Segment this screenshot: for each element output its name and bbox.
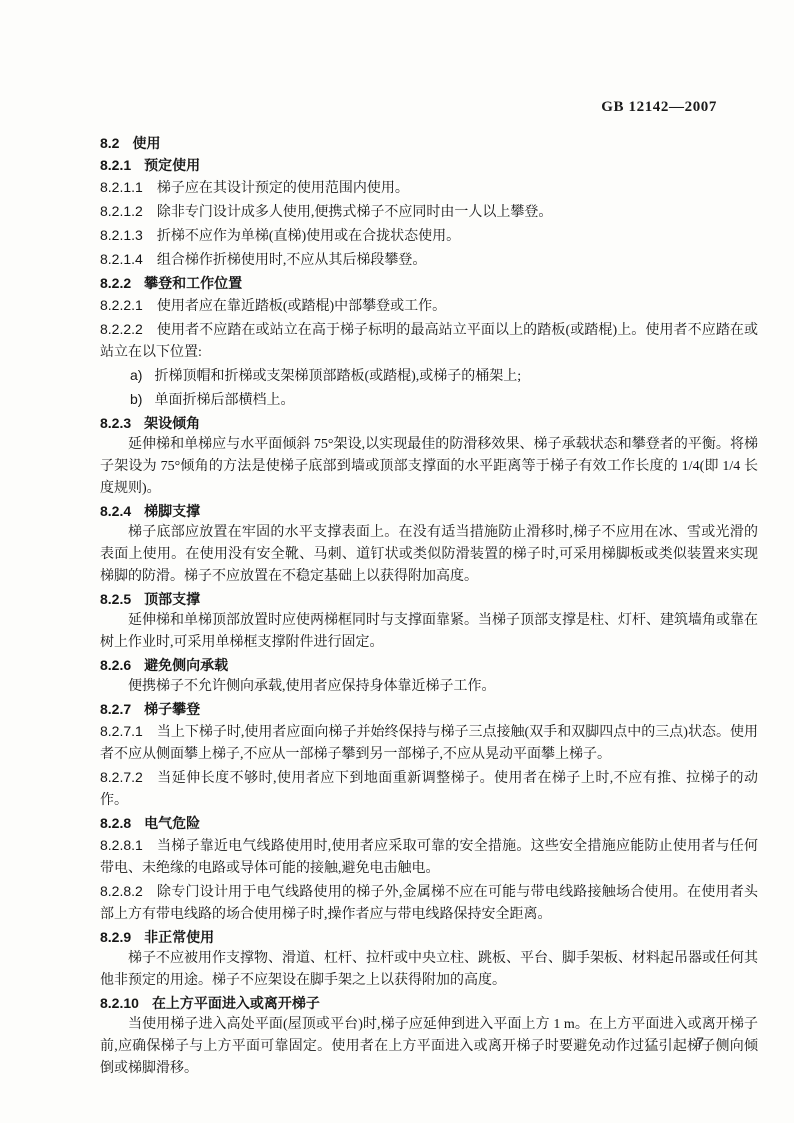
heading-8-2-2: 8.2.2攀登和工作位置 bbox=[100, 272, 758, 294]
heading-number: 8.2.5 bbox=[100, 591, 131, 607]
heading-number: 8.2.8 bbox=[100, 815, 131, 831]
heading-title: 预定使用 bbox=[144, 157, 200, 173]
heading-title: 电气危险 bbox=[144, 815, 200, 831]
paragraph-8-2-5: 延伸梯和单梯顶部放置时应使两梯框同时与支撑面靠紧。当梯子顶部支撑是柱、灯杆、建筑… bbox=[100, 610, 758, 654]
clause-text: 折梯不应作为单梯(直梯)使用或在合拢状态使用。 bbox=[157, 229, 460, 244]
paragraph-8-2-4: 梯子底部应放置在牢固的水平支撑表面上。在没有适当措施防止滑移时,梯子不应用在冰、… bbox=[100, 522, 758, 588]
clause-8-2-1-1: 8.2.1.1梯子应在其设计预定的使用范围内使用。 bbox=[100, 176, 758, 200]
heading-number: 8.2 bbox=[100, 135, 119, 151]
clause-8-2-1-4: 8.2.1.4组合梯作折梯使用时,不应从其后梯段攀登。 bbox=[100, 248, 758, 272]
paragraph-8-2-9: 梯子不应被用作支撑物、滑道、杠杆、拉杆或中央立柱、跳板、平台、脚手架板、材料起吊… bbox=[100, 948, 758, 992]
heading-8-2-3: 8.2.3架设倾角 bbox=[100, 412, 758, 434]
heading-number: 8.2.2 bbox=[100, 275, 131, 291]
clause-text: 组合梯作折梯使用时,不应从其后梯段攀登。 bbox=[157, 253, 427, 268]
clause-text: 除非专门设计成多人使用,便携式梯子不应同时由一人以上攀登。 bbox=[157, 205, 553, 220]
heading-title: 避免侧向承载 bbox=[144, 657, 228, 673]
heading-8-2-8: 8.2.8电气危险 bbox=[100, 812, 758, 834]
paragraph-8-2-3: 延伸梯和单梯应与水平面倾斜 75°架设,以实现最佳的防滑移效果、梯子承载状态和攀… bbox=[100, 434, 758, 500]
heading-number: 8.2.3 bbox=[100, 415, 131, 431]
standard-number: GB 12142—2007 bbox=[601, 99, 717, 116]
heading-title: 非正常使用 bbox=[144, 929, 214, 945]
heading-number: 8.2.9 bbox=[100, 929, 131, 945]
document-body: 8.2使用 8.2.1预定使用 8.2.1.1梯子应在其设计预定的使用范围内使用… bbox=[100, 132, 758, 1080]
heading-title: 攀登和工作位置 bbox=[144, 275, 242, 291]
page-number: 7 bbox=[696, 1034, 704, 1050]
heading-8-2-7: 8.2.7梯子攀登 bbox=[100, 698, 758, 720]
paragraph-8-2-6: 便携梯子不允许侧向承载,使用者应保持身体靠近梯子工作。 bbox=[100, 676, 758, 698]
list-marker: b) bbox=[130, 391, 142, 407]
clause-text: 当延伸长度不够时,使用者应下到地面重新调整梯子。使用者在梯子上时,不应有推、拉梯… bbox=[100, 771, 758, 808]
heading-8-2-9: 8.2.9非正常使用 bbox=[100, 926, 758, 948]
heading-number: 8.2.6 bbox=[100, 657, 131, 673]
clause-text: 使用者应在靠近踏板(或踏棍)中部攀登或工作。 bbox=[157, 299, 446, 314]
clause-text: 使用者不应踏在或站立在高于梯子标明的最高站立平面以上的踏板(或踏棍)上。使用者不… bbox=[100, 323, 758, 360]
paragraph-8-2-10: 当使用梯子进入高处平面(屋顶或平台)时,梯子应延伸到进入平面上方 1 m。在上方… bbox=[100, 1014, 758, 1080]
clause-number: 8.2.7.1 bbox=[100, 723, 143, 739]
clause-8-2-8-1: 8.2.8.1当梯子靠近电气线路使用时,使用者应采取可靠的安全措施。这些安全措施… bbox=[100, 834, 758, 880]
clause-number: 8.2.1.3 bbox=[100, 227, 143, 243]
heading-8-2: 8.2使用 bbox=[100, 132, 758, 154]
list-item-a: a)折梯顶帽和折梯或支架梯顶部踏板(或踏棍),或梯子的桶架上; bbox=[100, 364, 758, 388]
clause-8-2-1-2: 8.2.1.2除非专门设计成多人使用,便携式梯子不应同时由一人以上攀登。 bbox=[100, 200, 758, 224]
clause-text: 当上下梯子时,使用者应面向梯子并始终保持与梯子三点接触(双手和双脚四点中的三点)… bbox=[100, 725, 758, 762]
heading-title: 顶部支撑 bbox=[144, 591, 200, 607]
heading-title: 在上方平面进入或离开梯子 bbox=[152, 995, 320, 1011]
clause-number: 8.2.7.2 bbox=[100, 769, 143, 785]
list-text: 单面折梯后部横档上。 bbox=[154, 393, 294, 408]
clause-text: 梯子应在其设计预定的使用范围内使用。 bbox=[157, 181, 409, 196]
list-item-b: b)单面折梯后部横档上。 bbox=[100, 388, 758, 412]
clause-8-2-7-1: 8.2.7.1当上下梯子时,使用者应面向梯子并始终保持与梯子三点接触(双手和双脚… bbox=[100, 720, 758, 766]
clause-text: 当梯子靠近电气线路使用时,使用者应采取可靠的安全措施。这些安全措施应能防止使用者… bbox=[100, 839, 758, 876]
list-text: 折梯顶帽和折梯或支架梯顶部踏板(或踏棍),或梯子的桶架上; bbox=[154, 369, 521, 384]
clause-number: 8.2.2.1 bbox=[100, 297, 143, 313]
heading-number: 8.2.7 bbox=[100, 701, 131, 717]
clause-number: 8.2.2.2 bbox=[100, 321, 143, 337]
clause-8-2-7-2: 8.2.7.2当延伸长度不够时,使用者应下到地面重新调整梯子。使用者在梯子上时,… bbox=[100, 766, 758, 812]
heading-title: 架设倾角 bbox=[144, 415, 200, 431]
clause-8-2-8-2: 8.2.8.2除专门设计用于电气线路使用的梯子外,金属梯不应在可能与带电线路接触… bbox=[100, 880, 758, 926]
heading-8-2-6: 8.2.6避免侧向承载 bbox=[100, 654, 758, 676]
heading-8-2-5: 8.2.5顶部支撑 bbox=[100, 588, 758, 610]
clause-text: 除专门设计用于电气线路使用的梯子外,金属梯不应在可能与带电线路接触场合使用。在使… bbox=[100, 885, 758, 922]
clause-number: 8.2.8.2 bbox=[100, 883, 143, 899]
heading-title: 梯子攀登 bbox=[144, 701, 200, 717]
heading-8-2-4: 8.2.4梯脚支撑 bbox=[100, 500, 758, 522]
clause-8-2-2-2: 8.2.2.2使用者不应踏在或站立在高于梯子标明的最高站立平面以上的踏板(或踏棍… bbox=[100, 318, 758, 364]
clause-8-2-2-1: 8.2.2.1使用者应在靠近踏板(或踏棍)中部攀登或工作。 bbox=[100, 294, 758, 318]
clause-number: 8.2.1.2 bbox=[100, 203, 143, 219]
clause-number: 8.2.1.1 bbox=[100, 179, 143, 195]
heading-title: 梯脚支撑 bbox=[144, 503, 200, 519]
clause-number: 8.2.1.4 bbox=[100, 251, 143, 267]
heading-8-2-1: 8.2.1预定使用 bbox=[100, 154, 758, 176]
heading-number: 8.2.10 bbox=[100, 995, 139, 1011]
clause-number: 8.2.8.1 bbox=[100, 837, 143, 853]
list-marker: a) bbox=[130, 367, 142, 383]
heading-number: 8.2.4 bbox=[100, 503, 131, 519]
heading-number: 8.2.1 bbox=[100, 157, 131, 173]
heading-8-2-10: 8.2.10在上方平面进入或离开梯子 bbox=[100, 992, 758, 1014]
document-page: GB 12142—2007 8.2使用 8.2.1预定使用 8.2.1.1梯子应… bbox=[0, 0, 794, 1123]
heading-title: 使用 bbox=[132, 135, 160, 151]
clause-8-2-1-3: 8.2.1.3折梯不应作为单梯(直梯)使用或在合拢状态使用。 bbox=[100, 224, 758, 248]
